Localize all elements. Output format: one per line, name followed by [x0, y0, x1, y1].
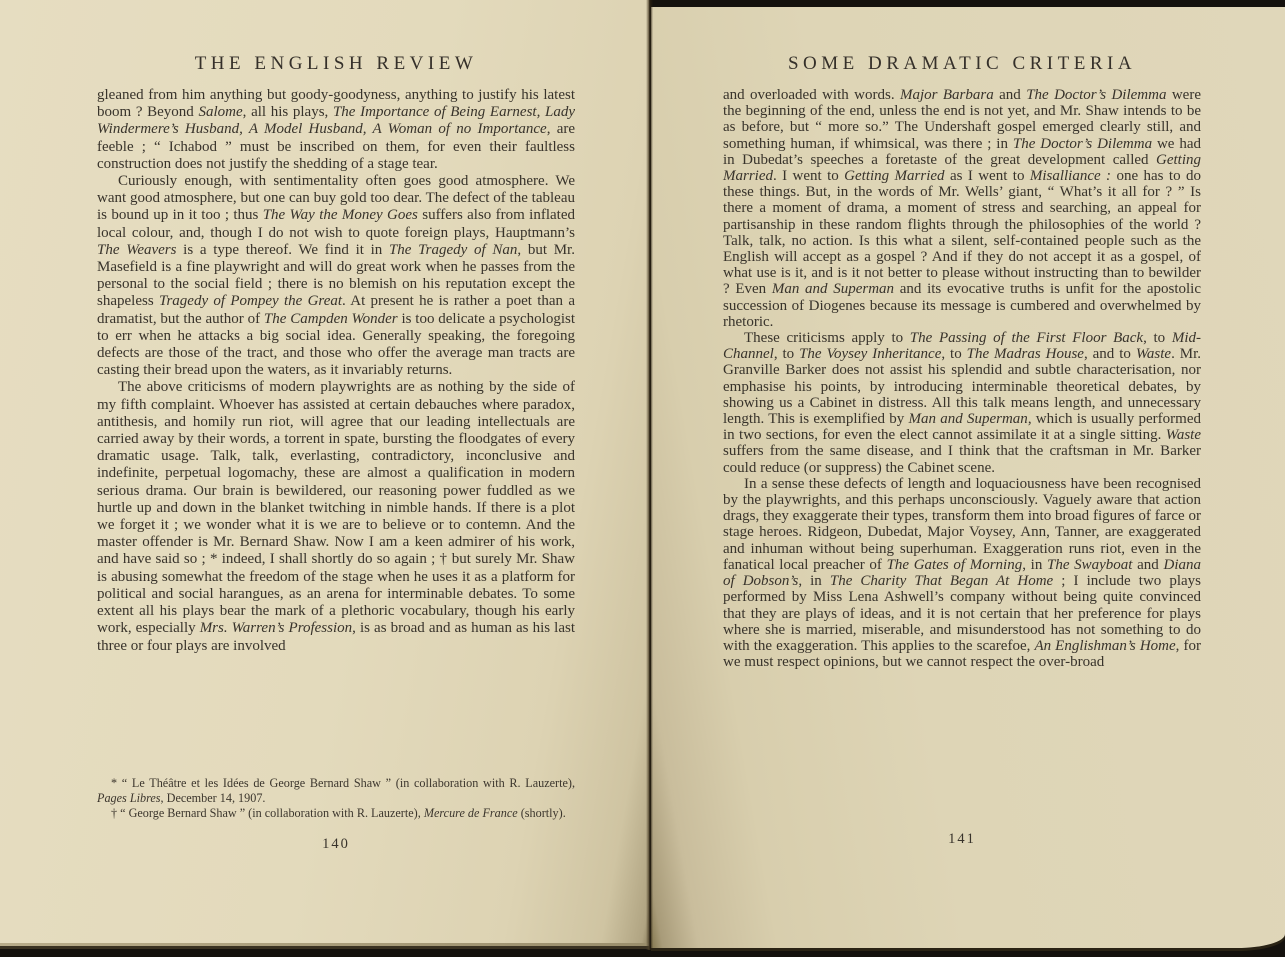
body-text-run: (shortly). — [518, 806, 566, 820]
paragraph: Curiously enough, with sentimentality of… — [97, 173, 575, 379]
body-text-run: These criticisms apply to — [744, 330, 910, 346]
paragraph: gleaned from him anything but goody-good… — [97, 87, 575, 173]
italic-title-text: The Weavers — [97, 242, 176, 258]
body-text-run: and overloaded with words. — [723, 87, 900, 103]
body-text-run: , to — [941, 346, 966, 362]
italic-title-text: Man and Superman — [772, 281, 894, 297]
body-text-run: , to — [1143, 330, 1172, 346]
italic-title-text: Major Barbara — [900, 87, 994, 103]
running-header-right: SOME DRAMATIC CRITERIA — [723, 53, 1201, 75]
italic-title-text: Waste — [1166, 427, 1201, 443]
paragraph: In a sense these defects of length and l… — [723, 476, 1201, 670]
body-text-run: , December 14, 1907. — [161, 791, 266, 805]
italic-title-text: Misalliance : — [1030, 168, 1111, 184]
page-number-left: 140 — [97, 836, 575, 853]
body-text-run: and — [1132, 557, 1163, 573]
italic-title-text: The Campden Wonder — [264, 311, 398, 327]
paragraph: These criticisms apply to The Passing of… — [723, 330, 1201, 476]
right-page-body-text: and overloaded with words. Major Barbara… — [723, 87, 1201, 670]
italic-title-text: Man and Superman — [909, 411, 1028, 427]
italic-title-text: The Gates of Morning — [887, 557, 1023, 573]
body-text-run: * “ Le Théâtre et les Idées de George Be… — [111, 776, 575, 790]
italic-title-text: An Englishman’s Home — [1034, 638, 1175, 654]
body-text-run: and — [994, 87, 1026, 103]
italic-title-text: Pages Libres — [97, 791, 161, 805]
paragraph: † “ George Bernard Shaw ” (in collaborat… — [97, 806, 575, 821]
italic-title-text: Salome — [198, 104, 242, 120]
body-text-run: , all his plays, — [243, 104, 333, 120]
body-text-run: . I went to — [773, 168, 844, 184]
paragraph: * “ Le Théâtre et les Idées de George Be… — [97, 776, 575, 806]
italic-title-text: The Way the Money Goes — [263, 207, 418, 223]
left-page-footnotes: * “ Le Théâtre et les Idées de George Be… — [97, 776, 575, 822]
left-text-column: THE ENGLISH REVIEW gleaned from him anyt… — [97, 53, 575, 655]
body-text-run: as I went to — [945, 168, 1030, 184]
body-text-run: , and to — [1084, 346, 1136, 362]
page-bottom-edge — [0, 943, 649, 946]
italic-title-text: The Madras House — [967, 346, 1084, 362]
body-text-run: is a type thereof. We find it in — [176, 242, 389, 258]
italic-title-text: The Doctor’s Dilemma — [1013, 136, 1152, 152]
italic-title-text: The Charity That Began At Home — [830, 573, 1053, 589]
left-page-body-text: gleaned from him anything but goody-good… — [97, 87, 575, 655]
page-number-right: 141 — [723, 831, 1201, 848]
page-left: THE ENGLISH REVIEW gleaned from him anyt… — [0, 0, 649, 946]
italic-title-text: The Swayboat — [1047, 557, 1133, 573]
paragraph: The above criticisms of modern playwrigh… — [97, 379, 575, 654]
italic-title-text: Getting Married — [844, 168, 944, 184]
italic-title-text: The Voysey Inheritance — [799, 346, 941, 362]
page-right: SOME DRAMATIC CRITERIA and overloaded wi… — [651, 7, 1285, 948]
body-text-run: , in — [1022, 557, 1047, 573]
body-text-run: , in — [798, 573, 830, 589]
book-spread: THE ENGLISH REVIEW gleaned from him anyt… — [0, 0, 1285, 957]
spine-crease — [646, 0, 653, 950]
running-header-left: THE ENGLISH REVIEW — [97, 53, 575, 75]
body-text-run: , to — [774, 346, 799, 362]
italic-title-text: Waste — [1136, 346, 1171, 362]
italic-title-text: The Doctor’s Dilemma — [1026, 87, 1166, 103]
paragraph: and overloaded with words. Major Barbara… — [723, 87, 1201, 330]
italic-title-text: Mrs. Warren’s Profession — [200, 620, 352, 636]
italic-title-text: The Passing of the First Floor Back — [910, 330, 1143, 346]
body-text-run: The above criticisms of modern playwrigh… — [97, 379, 575, 636]
italic-title-text: The Tragedy of Nan — [389, 242, 517, 258]
body-text-run: one has to do these things. But, in the … — [723, 168, 1201, 297]
right-text-column: SOME DRAMATIC CRITERIA and overloaded wi… — [723, 53, 1201, 670]
body-text-run: suffers from the same disease, and I thi… — [723, 443, 1201, 475]
italic-title-text: Mercure de France — [424, 806, 518, 820]
body-text-run: † “ George Bernard Shaw ” (in collaborat… — [111, 806, 424, 820]
italic-title-text: Tragedy of Pompey the Great — [159, 293, 342, 309]
